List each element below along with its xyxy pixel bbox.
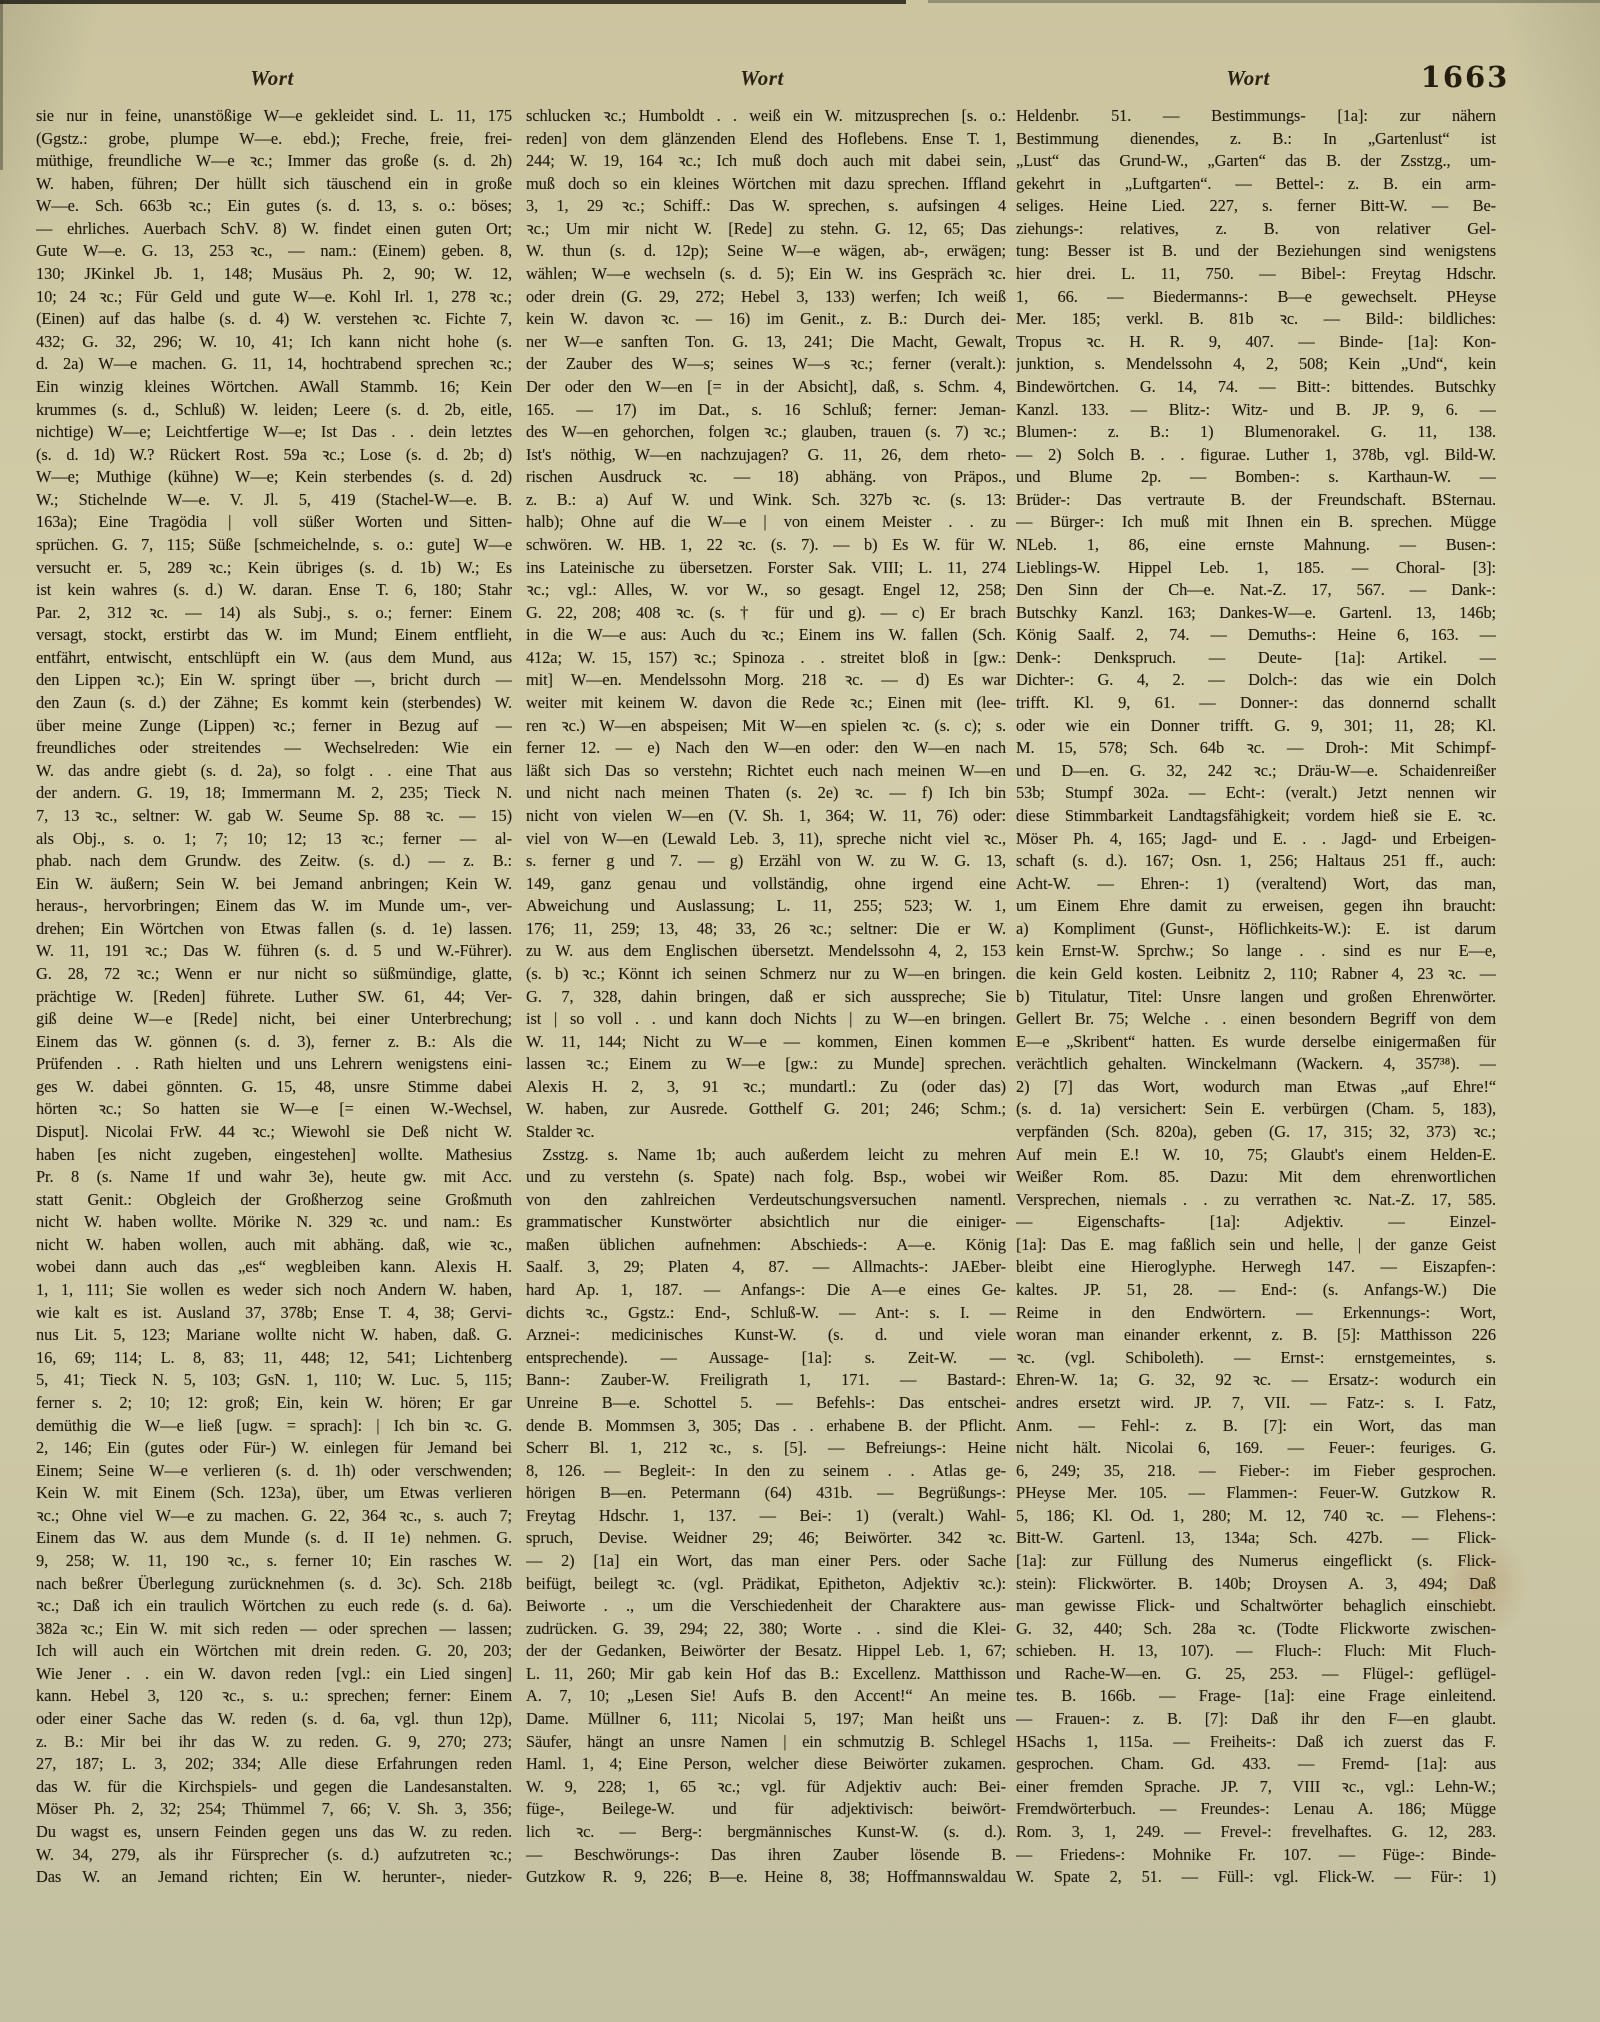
text-line: (s. b) ꝛc.; Könnt ich seinen Schmerz nur… <box>526 963 1006 986</box>
text-line: sie nur in feine, unanstößige W—e geklei… <box>36 105 512 128</box>
text-line: 163a); Eine Tragödia | voll süßer Worten… <box>36 511 512 534</box>
text-line: entfährt, entwischt, entschlüpft ein W. … <box>36 647 512 670</box>
text-line: Einem; Seine W—e verlieren (s. d. 1h) od… <box>36 1460 512 1483</box>
text-line: schlucken ꝛc.; Humboldt . . weiß ein W. … <box>526 105 1006 128</box>
text-line: Rom. 3, 1, 249. — Frevel-: frevelhaftes.… <box>1016 1821 1496 1844</box>
text-line: Mer. 185; verkl. B. 81b ꝛc. — Bild-: bil… <box>1016 308 1496 331</box>
text-line: Auf mein E.! W. 10, 75; Glaubt's einem H… <box>1016 1144 1496 1167</box>
text-line: man gewisse Flick- und Schaltwörter beha… <box>1016 1595 1496 1618</box>
text-line: E—e „Skribent“ hatten. Es wurde derselbe… <box>1016 1031 1496 1054</box>
text-line: viel von W—en (Lewald Leb. 3, 11), sprec… <box>526 828 1006 851</box>
text-line: A. 7, 10; „Lesen Sie! Aufs B. den Accent… <box>526 1685 1006 1708</box>
text-line: Versprechen, niemals . . zu verrathen ꝛc… <box>1016 1189 1496 1212</box>
text-column-1: sie nur in feine, unanstößige W—e geklei… <box>36 105 512 1889</box>
text-line: HSachs 1, 115a. — Freiheits-: Daß ich zu… <box>1016 1731 1496 1754</box>
text-line: versucht er. 5, 289 ꝛc.; Kein übriges (s… <box>36 557 512 580</box>
text-line: Lieblings-W. Hippel Leb. 1, 185. — Chora… <box>1016 557 1496 580</box>
text-line: 149, ganz genau und vollständig, ohne ir… <box>526 873 1006 896</box>
text-line: nicht von vielen W—en (V. Sh. 1, 364; W.… <box>526 805 1006 828</box>
text-line: Du wagst es, unsern Feinden gegen uns da… <box>36 1821 512 1844</box>
text-line: d. 2a) W—e machen. G. 11, 14, hochtraben… <box>36 353 512 376</box>
scan-edge-left <box>0 0 3 170</box>
text-line: verächtlich gehalten. Winckelmann (Wacke… <box>1016 1053 1496 1076</box>
text-line: 382a ꝛc.; Ein W. mit sich reden — oder s… <box>36 1618 512 1641</box>
text-line: verpfänden (Sch. 820a), geben (G. 17, 31… <box>1016 1121 1496 1144</box>
text-line: statt Genit.: Obgleich der Großherzog se… <box>36 1189 512 1212</box>
text-line: Gute W—e. G. 13, 253 ꝛc., — nam.: (Einem… <box>36 240 512 263</box>
text-line: giß deine W—e [Rede] nicht, bei einer Un… <box>36 1008 512 1031</box>
text-line: kann. Hebel 3, 120 ꝛc., s. u.: sprechen;… <box>36 1685 512 1708</box>
text-line: Acht-W. — Ehren-: 1) (veraltend) Wort, d… <box>1016 873 1496 896</box>
text-line: W. das andre giebt (s. d. 2a), so folgt … <box>36 760 512 783</box>
text-line: ziehungs-: relatives, z. B. von relative… <box>1016 218 1496 241</box>
text-line: wie kalt es ist. Ausland 37, 378b; Ense … <box>36 1302 512 1325</box>
text-line: Dame. Müllner 6, 111; Nicolai 5, 197; Ma… <box>526 1708 1006 1731</box>
text-line: krummes (s. d., Schluß) W. leiden; Leere… <box>36 399 512 422</box>
text-line: das W. für die Kirchspiels- und gegen di… <box>36 1776 512 1799</box>
text-line: dichts ꝛc., Ggstz.: End-, Schluß-W. — An… <box>526 1302 1006 1325</box>
text-line: 5, 186; Kl. Od. 1, 280; M. 12, 740 ꝛc. —… <box>1016 1505 1496 1528</box>
text-line: als Obj., s. o. 1; 7; 10; 12; 13 ꝛc.; fe… <box>36 828 512 851</box>
text-line: ꝛc.; Daß ich ein traulich Wörtchen zu eu… <box>36 1595 512 1618</box>
text-line: Ein winzig kleines Wörtchen. AWall Stamm… <box>36 376 512 399</box>
text-line: z. B.: Mir bei ihr das W. zu reden. G. 9… <box>36 1731 512 1754</box>
text-line: tes. B. 166b. — Frage- [1a]: eine Frage … <box>1016 1685 1496 1708</box>
scan-edge-top-right <box>928 0 1600 3</box>
text-line: füge-, Beilege-W. und für adjektivisch: … <box>526 1798 1006 1821</box>
text-line: freundliches oder streitendes — Wechselr… <box>36 737 512 760</box>
text-line: L. 11, 260; Mir gab kein Hof das B.: Exc… <box>526 1663 1006 1686</box>
text-line: den Zaun (s. d.) der Zähne; Es kommt kei… <box>36 692 512 715</box>
text-line: andres ersetzt wird. JP. 7, VII. — Fatz-… <box>1016 1392 1496 1415</box>
text-line: Wie Jener . . ein W. davon reden [vgl.: … <box>36 1663 512 1686</box>
text-line: diese Stimmbarkeit Landtagsfähigkeit; vo… <box>1016 805 1496 828</box>
text-line: W. Spate 2, 51. — Füll-: vgl. Flick-W. —… <box>1016 1866 1496 1889</box>
text-line: W. 11, 191 ꝛc.; Das W. führen (s. d. 5 u… <box>36 940 512 963</box>
text-line: trifft. Kl. 9, 61. — Donner-: das donner… <box>1016 692 1496 715</box>
text-line: drehen; Ein Wörtchen von Etwas fallen (s… <box>36 918 512 941</box>
text-line: seliges. Heine Lied. 227, s. ferner Bitt… <box>1016 195 1496 218</box>
text-line: rischen Ausdruck ꝛc. — 18) abhäng. von P… <box>526 466 1006 489</box>
text-line: Tropus ꝛc. H. R. 9, 407. — Binde- [1a]: … <box>1016 331 1496 354</box>
text-line: entsprechende). — Aussage- [1a]: s. Zeit… <box>526 1347 1006 1370</box>
dictionary-page: Wort Wort Wort 1663 sie nur in feine, un… <box>0 0 1600 2022</box>
page-number: 1663 <box>1420 60 1510 94</box>
text-line: kaltes. JP. 51, 28. — End-: (s. Anfangs-… <box>1016 1279 1496 1302</box>
text-line: gesprochen. Cham. Gd. 433. — Fremd- [1a]… <box>1016 1753 1496 1776</box>
text-line: Dichter-: G. 4, 2. — Dolch-: das wie ein… <box>1016 669 1496 692</box>
scan-edge-top-left <box>0 0 906 4</box>
text-line: Bestimmung dienendes, z. B.: In „Gartenl… <box>1016 128 1496 151</box>
text-line: G. 28, 72 ꝛc.; Wenn er nur nicht so süßm… <box>36 963 512 986</box>
text-line: prächtige W. [Reden] führete. Luther SW.… <box>36 986 512 1009</box>
text-line: b) Titulatur, Titel: Unsre langen und gr… <box>1016 986 1496 1009</box>
text-line: tung: Besser ist B. und der Beziehungen … <box>1016 240 1496 263</box>
text-line: W—e; Muthige (kühne) W—e; Kein sterbende… <box>36 466 512 489</box>
text-line: bleibt eine Hieroglyphe. Herwegh 147. — … <box>1016 1256 1496 1279</box>
text-line: phab. nach dem Grundw. des Zeitw. (s. d.… <box>36 850 512 873</box>
text-line: kein Ernst-W. Sprchw.; So lange . . sind… <box>1016 940 1496 963</box>
text-line: sprüchen. G. 7, 115; Süße [schmeichelnde… <box>36 534 512 557</box>
text-line: Arznei-: medicinisches Kunst-W. (s. d. u… <box>526 1324 1006 1347</box>
text-line: Beiworte . ., um die Verschiedenheit der… <box>526 1595 1006 1618</box>
text-line: ins Lateinische zu übersetzen. Forster S… <box>526 557 1006 580</box>
text-line: mit] W—en. Mendelssohn Morg. 218 ꝛc. — d… <box>526 669 1006 692</box>
text-line: ferner s. 2; 10; 12: groß; Ein, kein W. … <box>36 1392 512 1415</box>
text-line: 2, 146; Ein (gutes oder Für-) W. einlege… <box>36 1437 512 1460</box>
text-line: hier drei. L. 11, 750. — Bibel-: Freytag… <box>1016 263 1496 286</box>
text-line: nicht hält. Nicolai 6, 169. — Feuer-: fe… <box>1016 1437 1496 1460</box>
text-line: der Zauber des W—s; seines W—s ꝛc.; fern… <box>526 353 1006 376</box>
text-line: 6, 249; 35, 218. — Fieber-: im Fieber ge… <box>1016 1460 1496 1483</box>
text-line: oder drein (G. 29, 272; Hebel 3, 133) we… <box>526 286 1006 309</box>
text-line: und D—en. G. 32, 242 ꝛc.; Dräu-W—e. Scha… <box>1016 760 1496 783</box>
text-line: Gellert Br. 75; Welche . . einen besonde… <box>1016 1008 1496 1031</box>
text-line: 176; 11, 259; 13, 48; 33, 26 ꝛc.; seltne… <box>526 918 1006 941</box>
text-line: in die W—e aus: Auch du ꝛc.; Einem ins W… <box>526 624 1006 647</box>
text-line: Par. 2, 312 ꝛc. — 14) als Subj., s. o.; … <box>36 602 512 625</box>
text-line: ner W—e sanften Ton. G. 13, 241; Die Mac… <box>526 331 1006 354</box>
text-line: s. ferner g und 7. — g) Erzähl von W. zu… <box>526 850 1006 873</box>
running-head-col3: Wort <box>1226 66 1270 91</box>
text-line: 5, 41; Tieck N. 5, 103; GsN. 1, 110; W. … <box>36 1369 512 1392</box>
text-line: ꝛc.; Um mir nicht W. [Rede] zu stehn. G.… <box>526 218 1006 241</box>
text-line: muß doch so ein kleines Wörtchen mit daz… <box>526 173 1006 196</box>
text-line: läßt sich Das so verstehn; Richtet euch … <box>526 760 1006 783</box>
text-line: Anm. — Fehl-: z. B. [7]: ein Wort, das m… <box>1016 1415 1496 1438</box>
text-column-2: schlucken ꝛc.; Humboldt . . weiß ein W. … <box>526 105 1006 1889</box>
text-line: Ich will auch ein Wörtchen mit drein red… <box>36 1640 512 1663</box>
text-line: ges W. dabei gönnten. G. 15, 48, unsre S… <box>36 1076 512 1099</box>
text-line: Möser Ph. 4, 165; Jagd- und E. . . Jagd-… <box>1016 828 1496 851</box>
text-line: ꝛc.; Ohne viel W—e zu machen. G. 22, 364… <box>36 1505 512 1528</box>
running-head-col2: Wort <box>740 66 784 91</box>
text-line: W. thun (s. d. 12p); Seine W—e wägen, ab… <box>526 240 1006 263</box>
text-line: NLeb. 1, 86, eine ernste Mahnung. — Buse… <box>1016 534 1496 557</box>
text-line: König Saalf. 2, 74. — Demuths-: Heine 6,… <box>1016 624 1496 647</box>
text-line: oder einer Sache das W. reden (s. d. 6a,… <box>36 1708 512 1731</box>
text-line: Disput]. Nicolai FrW. 44 ꝛc.; Wiewohl si… <box>36 1121 512 1144</box>
text-line: und Blume 2p. — Bomben-: s. Karthaun-W. … <box>1016 466 1496 489</box>
text-line: hörigen B—en. Petermann (64) 431b. — Beg… <box>526 1482 1006 1505</box>
text-line: Butschky Kanzl. 163; Dankes-W—e. Gartenl… <box>1016 602 1496 625</box>
text-line: 244; W. 19, 164 ꝛc.; Ich muß doch auch m… <box>526 150 1006 173</box>
text-line: Stalder ꝛc. <box>526 1121 1006 1144</box>
text-line: zu W. aus dem Englischen übersetzt. Mend… <box>526 940 1006 963</box>
text-line: lassen ꝛc.; Einem zu W—e [gw.: zu Munde]… <box>526 1053 1006 1076</box>
text-line: — Friedens-: Mohnike Fr. 107. — Füge-: B… <box>1016 1844 1496 1867</box>
text-line: [1a]: zur Füllung des Numerus eingeflick… <box>1016 1550 1496 1573</box>
text-line: hard Ap. 1, 187. — Anfangs-: Die A—e ein… <box>526 1279 1006 1302</box>
text-line: W. 11, 144; Nicht zu W—e — kommen, Einen… <box>526 1031 1006 1054</box>
text-line: PHeyse Mer. 105. — Flammen-: Feuer-W. Gu… <box>1016 1482 1496 1505</box>
running-head-col1: Wort <box>250 66 294 91</box>
text-line: Brüder-: Das vertraute B. der Freundscha… <box>1016 489 1496 512</box>
text-line: schaft (s. d.). 167; Osn. 1, 256; Haltau… <box>1016 850 1496 873</box>
text-line: ferner 12. — e) Nach den W—en oder: den … <box>526 737 1006 760</box>
text-line: (s. d. 1a) versichert: Sein E. verbürgen… <box>1016 1098 1496 1121</box>
text-line: 1, 1, 111; Sie wollen es weder sich noch… <box>36 1279 512 1302</box>
text-line: Scherr Bl. 1, 212 ꝛc., s. [5]. — Befreiu… <box>526 1437 1006 1460</box>
text-line: — Beschwörungs-: Das ihren Zauber lösend… <box>526 1844 1006 1867</box>
text-line: schwören. W. HB. 1, 22 ꝛc. (s. 7). — b) … <box>526 534 1006 557</box>
text-line: reden] von dem glänzenden Elend des Hofl… <box>526 128 1006 151</box>
text-line: von den zahlreichen Verdeutschungsversuc… <box>526 1189 1006 1212</box>
text-line: stein): Flickwörter. B. 140b; Droysen A.… <box>1016 1573 1496 1596</box>
text-line: Einem das W. gönnen (s. d. 3), ferner z.… <box>36 1031 512 1054</box>
text-line: nus Lit. 5, 123; Mariane wollte nicht W.… <box>36 1324 512 1347</box>
text-line: maßen üblichen aufnehmen: Abschieds-: A—… <box>526 1234 1006 1257</box>
text-line: lich ꝛc. — Berg-: bergmännisches Kunst-W… <box>526 1821 1006 1844</box>
text-line: (Einen) auf das halbe (s. d. 4) W. verst… <box>36 308 512 331</box>
text-line: ist | so voll . . und kann doch Nichts |… <box>526 1008 1006 1031</box>
text-line: zudrücken. G. 39, 294; 22, 380; Worte . … <box>526 1618 1006 1641</box>
text-line: nicht W. haben wollte. Mörike N. 329 ꝛc.… <box>36 1211 512 1234</box>
text-line: junktion, s. Mendelssohn 4, 2, 508; Kein… <box>1016 353 1496 376</box>
text-line: Einem das W. aus dem Munde (s. d. II 1e)… <box>36 1527 512 1550</box>
text-line: G. 7, 328, dahin bringen, daß er sich au… <box>526 986 1006 1009</box>
text-line: nichtige) W—e; Leichtfertige W—e; Ist Da… <box>36 421 512 444</box>
text-line: Haml. 1, 4; Eine Person, welcher diese B… <box>526 1753 1006 1776</box>
text-line: müthige, freundliche W—e ꝛc.; Immer das … <box>36 150 512 173</box>
text-line: 1, 66. — Biedermanns-: B—e gewechselt. P… <box>1016 286 1496 309</box>
text-line: — Frauen-: z. B. [7]: Daß ihr den F—en g… <box>1016 1708 1496 1731</box>
text-line: Alexis H. 2, 3, 91 ꝛc.; mundartl.: Zu (o… <box>526 1076 1006 1099</box>
text-line: Unreine B—e. Schottel 5. — Befehls-: Das… <box>526 1392 1006 1415</box>
text-line: Weißer Rom. 85. Dazu: Mit dem ehrenwortl… <box>1016 1166 1496 1189</box>
text-line: und nicht nach meinen Thaten (s. 2e) ꝛc.… <box>526 782 1006 805</box>
text-line: wählen; W—e wechseln (s. d. 5); Ein W. i… <box>526 263 1006 286</box>
text-line: 10; 24 ꝛc.; Für Geld und gute W—e. Kohl … <box>36 286 512 309</box>
text-line: 9, 258; W. 11, 190 ꝛc., s. ferner 10; Ei… <box>36 1550 512 1573</box>
text-line: M. 15, 578; Sch. 64b ꝛc. — Droh-: Mit Sc… <box>1016 737 1496 760</box>
text-line: [1a]: Das E. mag faßlich sein und helle,… <box>1016 1234 1496 1257</box>
text-line: Zsstzg. s. Name 1b; auch außerdem leicht… <box>526 1144 1006 1167</box>
text-line: dende B. Mommsen 3, 305; Das . . erhaben… <box>526 1415 1006 1438</box>
text-line: um Einem Ehre damit zu erweisen, gegen i… <box>1016 895 1496 918</box>
text-line: Ehren-W. 1a; G. 32, 92 ꝛc. — Ersatz-: wo… <box>1016 1369 1496 1392</box>
text-line: z. B.: a) Auf W. und Wink. Sch. 327b ꝛc.… <box>526 489 1006 512</box>
text-line: nicht W. haben wollen, auch mit abhäng. … <box>36 1234 512 1257</box>
text-line: den Lippen ꝛc.); Ein W. springt über —, … <box>36 669 512 692</box>
text-line: Prüfenden . . Rath hielten und uns Lehre… <box>36 1053 512 1076</box>
text-line: versagt, stockt, erstirbt das W. im Mund… <box>36 624 512 647</box>
text-line: (s. d. 1d) W.? Rückert Rost. 59a ꝛc.; Lo… <box>36 444 512 467</box>
text-line: G. 22, 208; 408 ꝛc. (s. † für und g). — … <box>526 602 1006 625</box>
text-line: der andern. G. 19, 18; Immermann M. 2, 2… <box>36 782 512 805</box>
text-line: ꝛc. (vgl. Schiboleth). — Ernst-: ernstge… <box>1016 1347 1496 1370</box>
text-line: 432; G. 32, 296; W. 10, 41; Ich kann nic… <box>36 331 512 354</box>
text-line: weiter mit keinem W. davon die Rede ꝛc.;… <box>526 692 1006 715</box>
text-line: Bitt-W. Gartenl. 13, 134a; Sch. 427b. — … <box>1016 1527 1496 1550</box>
text-line: Reime in den Endwörtern. — Erkennungs-: … <box>1016 1302 1496 1325</box>
text-line: Möser Ph. 2, 32; 254; Thümmel 7, 66; V. … <box>36 1798 512 1821</box>
text-line: heraus-, hervorbringen; Einem das W. im … <box>36 895 512 918</box>
text-line: — Eigenschafts- [1a]: Adjektiv. — Einzel… <box>1016 1211 1496 1234</box>
text-line: Der oder den W—en [= in der Absicht], da… <box>526 376 1006 399</box>
text-line: Kein W. mit Einem (Sch. 123a), über, um … <box>36 1482 512 1505</box>
text-line: W. 9, 228; 1, 65 ꝛc.; vgl. für Adjektiv … <box>526 1776 1006 1799</box>
text-line: Denk-: Denkspruch. — Deute- [1a]: Artike… <box>1016 647 1496 670</box>
text-line: 53b; Stumpf 302a. — Echt-: (veralt.) Jet… <box>1016 782 1496 805</box>
text-line: 2) [7] das Wort, wodurch man Etwas „auf … <box>1016 1076 1496 1099</box>
text-line: Abweichung und Auslassung; L. 11, 255; 5… <box>526 895 1006 918</box>
text-line: haben [es nicht zugeben, eingestehen] wo… <box>36 1144 512 1167</box>
text-line: „Lust“ das Grund-W., „Garten“ das B. der… <box>1016 150 1496 173</box>
text-line: Saalf. 3, 29; Platen 4, 87. — Allmachts-… <box>526 1256 1006 1279</box>
text-line: kein W. davon ꝛc. — 16) im Genit., z. B.… <box>526 308 1006 331</box>
text-line: Heldenbr. 51. — Bestimmungs- [1a]: zur n… <box>1016 105 1496 128</box>
text-line: 16, 69; 114; L. 8, 83; 11, 448; 12, 541;… <box>36 1347 512 1370</box>
text-line: demüthig die W—e ließ [ugw. = sprach]: |… <box>36 1415 512 1438</box>
text-line: (Ggstz.: grobe, plumpe W—e. ebd.); Frech… <box>36 128 512 151</box>
text-line: beifügt, beilegt ꝛc. (vgl. Prädikat, Epi… <box>526 1573 1006 1596</box>
text-line: 165. — 17) im Dat., s. 16 Schluß; ferner… <box>526 399 1006 422</box>
text-line: Ein W. äußern; Sein W. bei Jemand anbrin… <box>36 873 512 896</box>
text-line: W. 34, 279, als ihr Fürsprecher (s. d.) … <box>36 1844 512 1867</box>
text-line: 130; JKinkel Jb. 1, 148; Musäus Ph. 2, 9… <box>36 263 512 286</box>
text-line: — ehrliches. Auerbach SchV. 8) W. findet… <box>36 218 512 241</box>
text-line: W—e. Sch. 663b ꝛc.; Ein gutes (s. d. 13,… <box>36 195 512 218</box>
text-line: 412a; W. 15, 157) ꝛc.; Spinoza . . strei… <box>526 647 1006 670</box>
text-line: schieben. H. 13, 107). — Fluch-: Fluch: … <box>1016 1640 1496 1663</box>
text-line: — 2) [1a] ein Wort, das man einer Pers. … <box>526 1550 1006 1573</box>
text-line: des W—en gehorchen, folgen ꝛc.; glauben,… <box>526 421 1006 444</box>
text-line: und Rache-W—en. G. 25, 253. — Flügel-: g… <box>1016 1663 1496 1686</box>
text-line: Freytag Hdschr. 1, 137. — Bei-: 1) (vera… <box>526 1505 1006 1528</box>
text-line: Bann-: Zauber-W. Freiligrath 1, 171. — B… <box>526 1369 1006 1392</box>
text-line: 27, 187; L. 3, 202; 334; Alle diese Erfa… <box>36 1753 512 1776</box>
text-line: gekehrt in „Luftgarten“. — Bettel-: z. B… <box>1016 173 1496 196</box>
text-line: — 2) Solch B. . . figurae. Luther 1, 378… <box>1016 444 1496 467</box>
text-line: Kanzl. 133. — Blitz-: Witz- und B. JP. 9… <box>1016 399 1496 422</box>
text-line: W. haben, zur Ausrede. Gotthelf G. 201; … <box>526 1098 1006 1121</box>
text-line: 7, 13 ꝛc., seltner: W. gab W. Seume Sp. … <box>36 805 512 828</box>
text-line: nach beßrer Überlegung zurücknehmen (s. … <box>36 1573 512 1596</box>
text-line: W. haben, führen; Der hüllt sich täusche… <box>36 173 512 196</box>
text-line: Den Sinn der Ch—e. Nat.-Z. 17, 567. — Da… <box>1016 579 1496 602</box>
text-line: W.; Stichelnde W—e. V. Jl. 5, 419 (Stach… <box>36 489 512 512</box>
text-line: grammatischer Kunstwörter absichtlich nu… <box>526 1211 1006 1234</box>
text-line: Fremdwörterbuch. — Freundes-: Lenau A. 1… <box>1016 1798 1496 1821</box>
text-line: 3, 1, 29 ꝛc.; Schiff.: Das W. sprechen, … <box>526 195 1006 218</box>
text-line: über meine Zunge (Lippen) ꝛc.; ferner in… <box>36 715 512 738</box>
text-line: ren ꝛc.) W—en abspeisen; Mit W—en spiele… <box>526 715 1006 738</box>
text-line: halb); Ohne auf die W—e | von einem Meis… <box>526 511 1006 534</box>
text-line: ist kein wahres (s. d.) W. daran. Ense T… <box>36 579 512 602</box>
text-line: ꝛc.; vgl.: Alles, W. vor W., so gesagt. … <box>526 579 1006 602</box>
text-line: spruch, Devise. Weidner 29; 46; Beiwörte… <box>526 1527 1006 1550</box>
text-line: und zu verstehn (s. Spate) nach folg. Bs… <box>526 1166 1006 1189</box>
text-line: — Bürger-: Ich muß mit Ihnen ein B. spre… <box>1016 511 1496 534</box>
text-line: Das W. an Jemand richten; Ein W. herunte… <box>36 1866 512 1889</box>
text-line: Pr. 8 (s. Name 1f und wahr 3e), heute gw… <box>36 1166 512 1189</box>
text-line: Ist's nöthig, W—en nachzujagen? G. 11, 2… <box>526 444 1006 467</box>
text-line: wobei dann auch das „es“ wegbleiben kann… <box>36 1256 512 1279</box>
text-line: a) Kompliment (Gunst-, Höflichkeits-W.):… <box>1016 918 1496 941</box>
text-line: hörten ꝛc.; So hatten sie W—e [= einen W… <box>36 1098 512 1121</box>
text-line: oder wie ein Donner trifft. G. 9, 301; 1… <box>1016 715 1496 738</box>
text-line: 8, 126. — Begleit-: In den zu seinem . .… <box>526 1460 1006 1483</box>
text-line: Bindewörtchen. G. 14, 74. — Bitt-: bitte… <box>1016 376 1496 399</box>
text-line: die kein Geld kosten. Leibnitz 2, 110; R… <box>1016 963 1496 986</box>
text-column-3: Heldenbr. 51. — Bestimmungs- [1a]: zur n… <box>1016 105 1496 1889</box>
text-line: Gutzkow R. 9, 226; B—e. Heine 8, 38; Hof… <box>526 1866 1006 1889</box>
text-line: einer fremden Sprache. JP. 7, VIII ꝛc., … <box>1016 1776 1496 1799</box>
text-line: woran man einander erkennt, z. B. [5]: M… <box>1016 1324 1496 1347</box>
text-line: Säufer, hängt an unsre Namen | ein schmu… <box>526 1731 1006 1754</box>
text-line: Blumen-: z. B.: 1) Blumenorakel. G. 11, … <box>1016 421 1496 444</box>
text-line: G. 32, 440; Sch. 28a ꝛc. (Todte Flickwor… <box>1016 1618 1496 1641</box>
text-line: der der Gedanken, Beiwörter der Besatz. … <box>526 1640 1006 1663</box>
